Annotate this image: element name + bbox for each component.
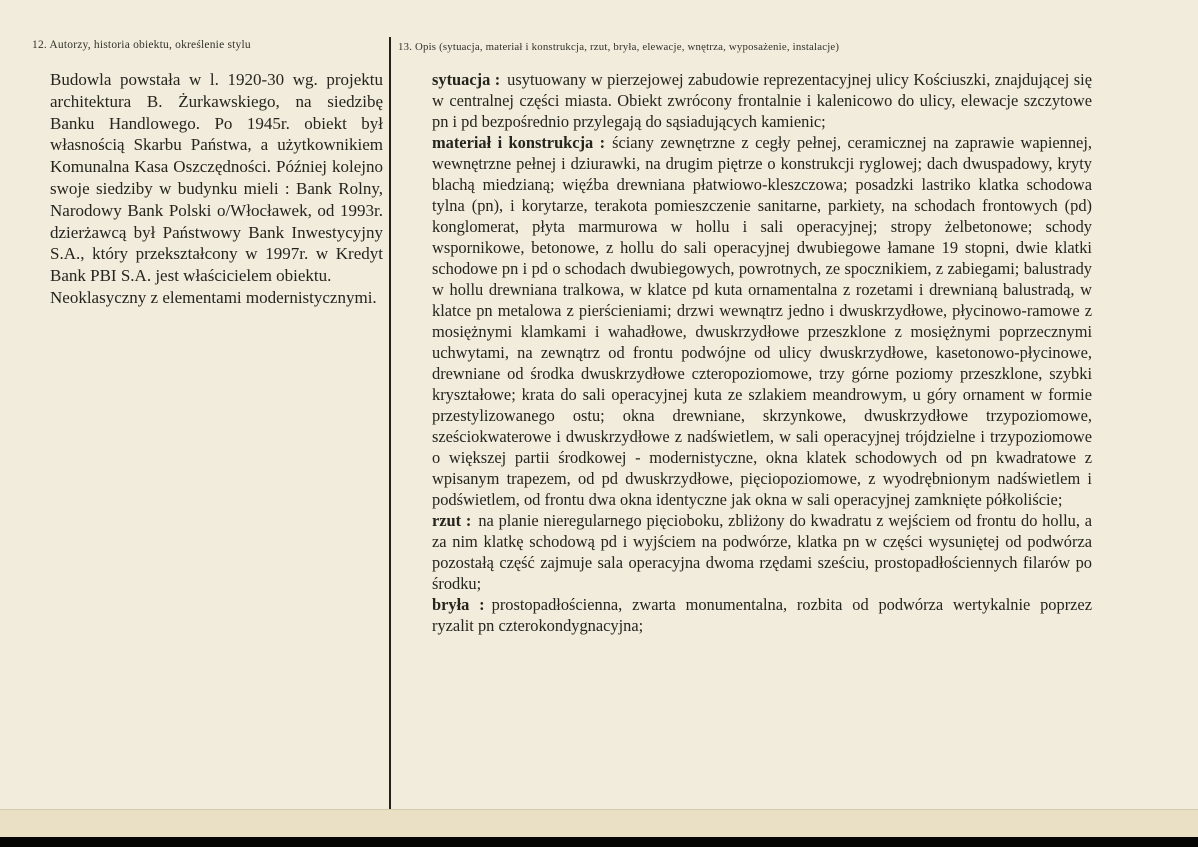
page-bottom-edge: [0, 809, 1198, 837]
description-entry-sytuacja: sytuacja :usytuowany w pierzejowej zabud…: [432, 69, 1092, 132]
history-paragraph: Budowla powstała w l. 1920-30 wg. projek…: [50, 69, 383, 287]
entry-label: sytuacja :: [432, 70, 500, 89]
entry-label: bryła :: [432, 595, 485, 614]
section-13-header: 13. Opis (sytuacja, materiał i konstrukc…: [398, 41, 839, 53]
description-entry-rzut: rzut :na planie nieregularnego pięciobok…: [432, 510, 1092, 594]
section-12-column: Budowla powstała w l. 1920-30 wg. projek…: [50, 69, 383, 309]
entry-text: na planie nieregularnego pięcioboku, zbl…: [432, 511, 1092, 593]
entry-text: usytuowany w pierzejowej zabudowie repre…: [432, 70, 1092, 131]
entry-label: rzut :: [432, 511, 471, 530]
entry-text: prostopadłościenna, zwarta monumentalna,…: [432, 595, 1092, 635]
scan-background: 12. Autorzy, historia obiektu, określeni…: [0, 0, 1198, 847]
column-divider: [389, 37, 391, 818]
scanned-page: 12. Autorzy, historia obiektu, określeni…: [0, 0, 1198, 809]
description-entry-material-konstrukcja: materiał i konstrukcja :ściany zewnętrzn…: [432, 132, 1092, 510]
entry-text: ściany zewnętrzne z cegły pełnej, cerami…: [432, 133, 1092, 509]
description-entry-bryla: bryła :prostopadłościenna, zwarta monume…: [432, 594, 1092, 636]
section-13-column: sytuacja :usytuowany w pierzejowej zabud…: [432, 69, 1092, 636]
entry-label: materiał i konstrukcja :: [432, 133, 605, 152]
section-12-header: 12. Autorzy, historia obiektu, określeni…: [32, 39, 251, 51]
style-note: Neoklasyczny z elementami modernistyczny…: [50, 287, 383, 309]
